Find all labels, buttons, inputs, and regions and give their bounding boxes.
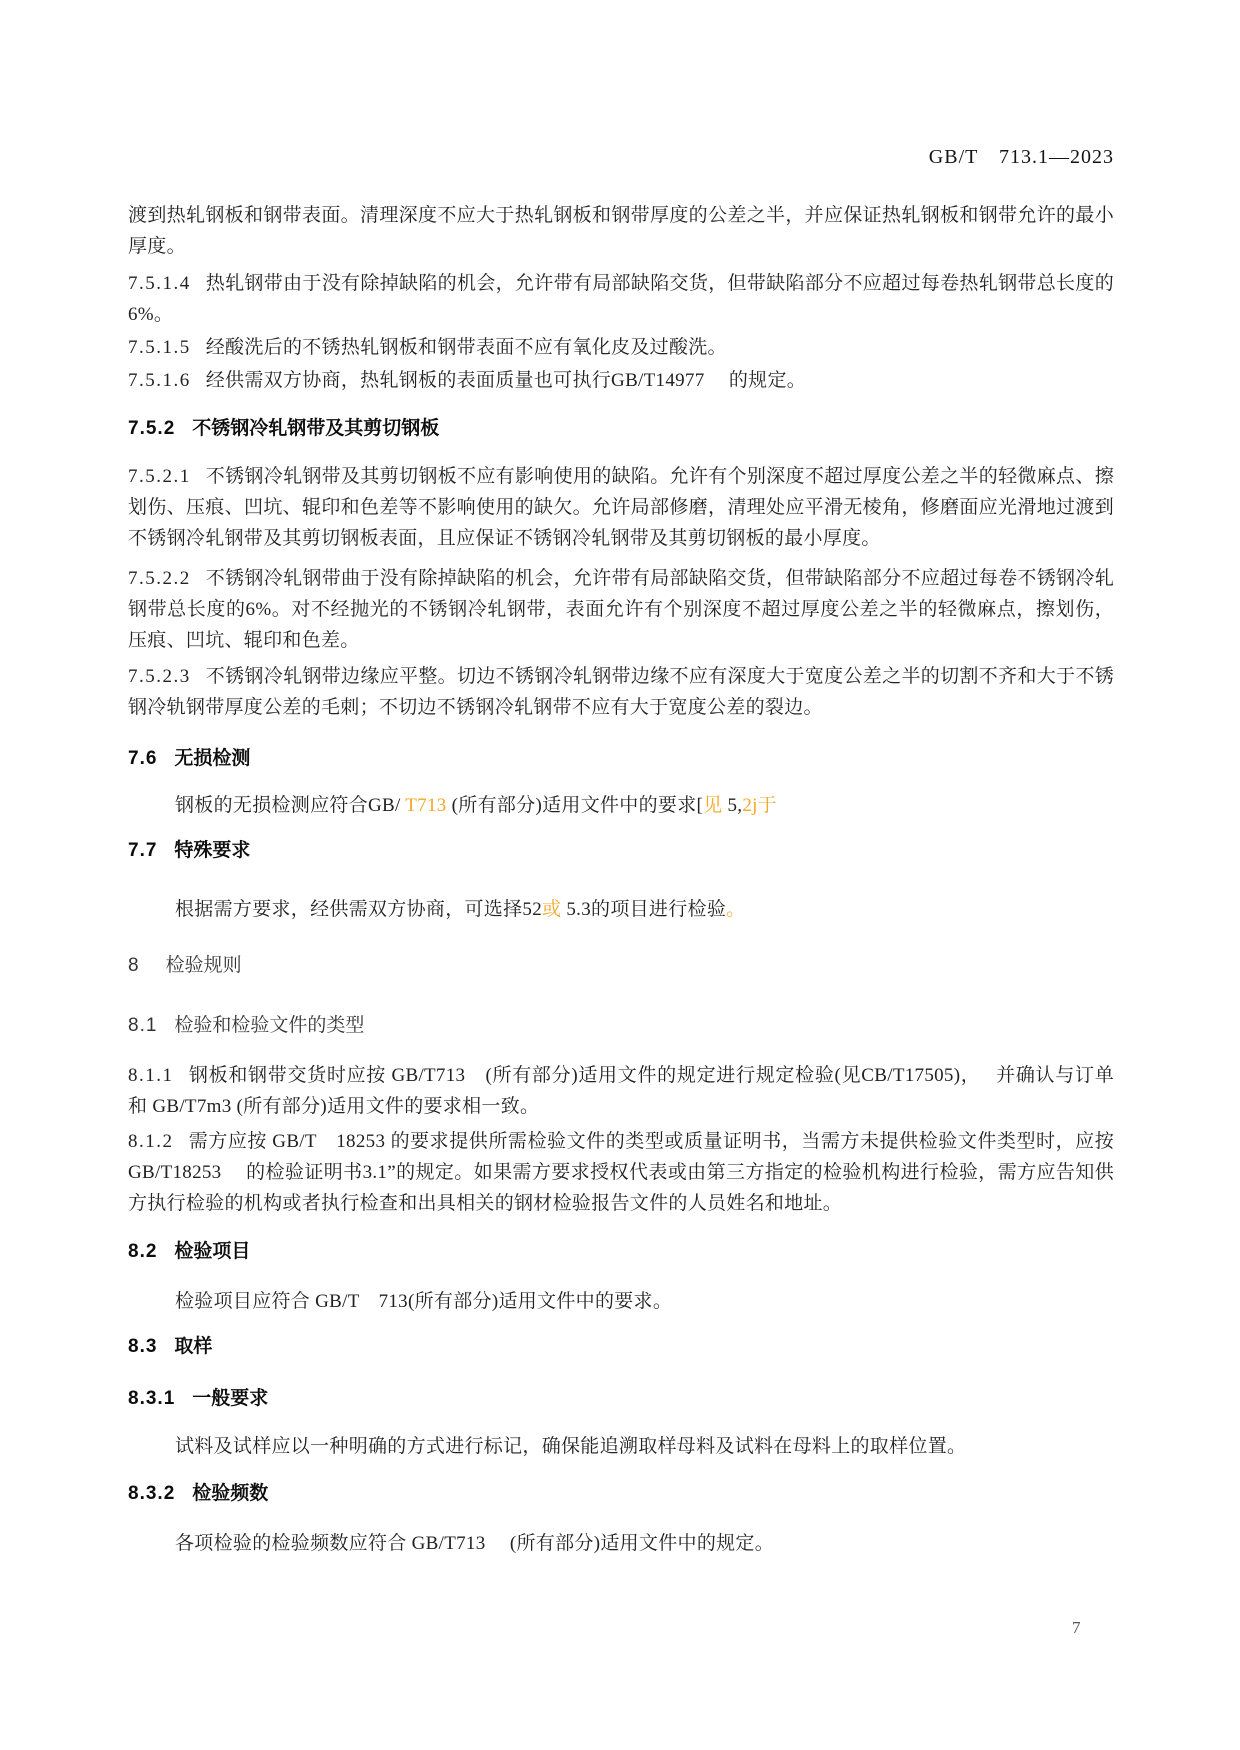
clause-text: 不锈钢冷轧钢带及其剪切钢板不应有影响使用的缺陷。允许有个别深度不超过厚度公差之半… xyxy=(128,466,1114,549)
heading-title: 检验和检验文件的类型 xyxy=(174,1015,364,1036)
heading-number: 8.3.2 xyxy=(128,1483,175,1504)
heading-title: 一般要求 xyxy=(192,1388,268,1409)
paragraph-8-3-2: 各项检验的检验频数应符合 GB/T713 (所有部分)适用文件中的规定。 xyxy=(128,1528,1114,1559)
heading-8-3-2: 8.3.2检验频数 xyxy=(128,1478,1114,1509)
heading-8-3-1: 8.3.1一般要求 xyxy=(128,1383,1114,1414)
heading-number: 8 xyxy=(128,955,140,976)
clause-number: 7.5.2.2 xyxy=(128,568,191,589)
highlighted-text: 2j于 xyxy=(742,795,777,816)
heading-title: 检验规则 xyxy=(166,955,242,976)
text-run: 5, xyxy=(722,795,742,816)
clause-number: 7.5.2.3 xyxy=(128,666,191,687)
heading-number: 7.6 xyxy=(128,748,157,769)
clause-7-5-1-6: 7.5.1.6经供需双方协商，热轧钢板的表面质量也可执行GB/T14977 的规… xyxy=(128,365,1114,396)
clause-7-5-2-1: 7.5.2.1不锈钢冷轧钢带及其剪切钢板不应有影响使用的缺陷。允许有个别深度不超… xyxy=(128,461,1114,554)
heading-8-2: 8.2检验项目 xyxy=(128,1236,1114,1267)
highlighted-text: 。 xyxy=(726,899,745,920)
page-number: 7 xyxy=(1072,1618,1081,1638)
document-page: GB/T 713.1—2023 渡到热轧钢板和钢带表面。清理深度不应大于热轧钢板… xyxy=(0,0,1240,1750)
highlighted-text: T713 xyxy=(405,795,446,816)
document-content: 渡到热轧钢板和钢带表面。清理深度不应大于热轧钢板和钢带厚度的公差之半，并应保证热… xyxy=(128,0,1114,1559)
highlighted-text: 见 xyxy=(703,795,722,816)
text-run: 根据需方要求，经供需双方协商，可选择52 xyxy=(175,899,542,920)
text-run: 钢板的无损检测应符合GB/ xyxy=(175,795,405,816)
paragraph-8-3-1: 试料及试样应以一种明确的方式进行标记，确保能追溯取样母料及试料在母料上的取样位置… xyxy=(128,1431,1114,1462)
heading-number: 8.1 xyxy=(128,1015,157,1036)
text-run: 5.3的项目进行检验 xyxy=(561,899,726,920)
heading-title: 无损检测 xyxy=(174,748,250,769)
paragraph-continued: 渡到热轧钢板和钢带表面。清理深度不应大于热轧钢板和钢带厚度的公差之半，并应保证热… xyxy=(128,200,1114,262)
clause-text: 钢板和钢带交货时应按 GB/T713 (所有部分)适用文件的规定进行规定检验(见… xyxy=(128,1065,1114,1117)
clause-text: 不锈钢冷轧钢带边缘应平整。切边不锈钢冷轧钢带边缘不应有深度大于宽度公差之半的切割… xyxy=(128,666,1114,718)
heading-number: 7.7 xyxy=(128,840,157,861)
clause-number: 8.1.1 xyxy=(128,1065,174,1086)
heading-8-3: 8.3取样 xyxy=(128,1331,1114,1362)
heading-8-1: 8.1检验和检验文件的类型 xyxy=(128,1010,1114,1041)
clause-text: 不锈钢冷轧钢带曲于没有除掉缺陷的机会，允许带有局部缺陷交货，但带缺陷部分不应超过… xyxy=(128,568,1114,651)
clause-7-5-2-3: 7.5.2.3不锈钢冷轧钢带边缘应平整。切边不锈钢冷轧钢带边缘不应有深度大于宽度… xyxy=(128,661,1114,723)
text-run: (所有部分)适用文件中的要求[ xyxy=(447,795,704,816)
heading-7-5-2: 7.5.2不锈钢冷轧钢带及其剪切钢板 xyxy=(128,413,1114,444)
heading-number: 8.3 xyxy=(128,1336,157,1357)
heading-number: 7.5.2 xyxy=(128,418,175,439)
clause-number: 8.1.2 xyxy=(128,1131,174,1152)
heading-title: 不锈钢冷轧钢带及其剪切钢板 xyxy=(192,418,439,439)
clause-number: 7.5.2.1 xyxy=(128,466,191,487)
heading-number: 8.2 xyxy=(128,1241,157,1262)
heading-title: 取样 xyxy=(174,1336,212,1357)
clause-text: 需方应按 GB/T 18253 的要求提供所需检验文件的类型或质量证明书，当需方… xyxy=(128,1131,1114,1214)
clause-7-5-1-4: 7.5.1.4热轧钢带由于没有除掉缺陷的机会，允许带有局部缺陷交货，但带缺陷部分… xyxy=(128,268,1114,330)
paragraph-8-2: 检验项目应符合 GB/T 713(所有部分)适用文件中的要求。 xyxy=(128,1286,1114,1317)
paragraph-7-6: 钢板的无损检测应符合GB/ T713 (所有部分)适用文件中的要求[见 5,2j… xyxy=(128,790,1114,821)
clause-number: 7.5.1.4 xyxy=(128,273,191,294)
highlighted-text: 或 xyxy=(542,899,561,920)
heading-title: 特殊要求 xyxy=(174,840,250,861)
heading-8: 8检验规则 xyxy=(128,950,1114,981)
clause-8-1-1: 8.1.1钢板和钢带交货时应按 GB/T713 (所有部分)适用文件的规定进行规… xyxy=(128,1060,1114,1122)
heading-7-7: 7.7特殊要求 xyxy=(128,835,1114,866)
clause-7-5-1-5: 7.5.1.5经酸洗后的不锈热轧钢板和钢带表面不应有氧化皮及过酸洗。 xyxy=(128,332,1114,363)
heading-title: 检验项目 xyxy=(174,1241,250,1262)
clause-text: 经供需双方协商，热轧钢板的表面质量也可执行GB/T14977 的规定。 xyxy=(206,370,806,391)
clause-7-5-2-2: 7.5.2.2不锈钢冷轧钢带曲于没有除掉缺陷的机会，允许带有局部缺陷交货，但带缺… xyxy=(128,563,1114,656)
paragraph-7-7: 根据需方要求，经供需双方协商，可选择52或 5.3的项目进行检验。 xyxy=(128,894,1114,925)
clause-number: 7.5.1.5 xyxy=(128,337,191,358)
clause-8-1-2: 8.1.2需方应按 GB/T 18253 的要求提供所需检验文件的类型或质量证明… xyxy=(128,1126,1114,1219)
clause-number: 7.5.1.6 xyxy=(128,370,191,391)
clause-text: 经酸洗后的不锈热轧钢板和钢带表面不应有氧化皮及过酸洗。 xyxy=(206,337,727,358)
heading-7-6: 7.6无损检测 xyxy=(128,743,1114,774)
clause-text: 热轧钢带由于没有除掉缺陷的机会，允许带有局部缺陷交货，但带缺陷部分不应超过每卷热… xyxy=(128,273,1114,325)
heading-title: 检验频数 xyxy=(192,1483,268,1504)
heading-number: 8.3.1 xyxy=(128,1388,175,1409)
